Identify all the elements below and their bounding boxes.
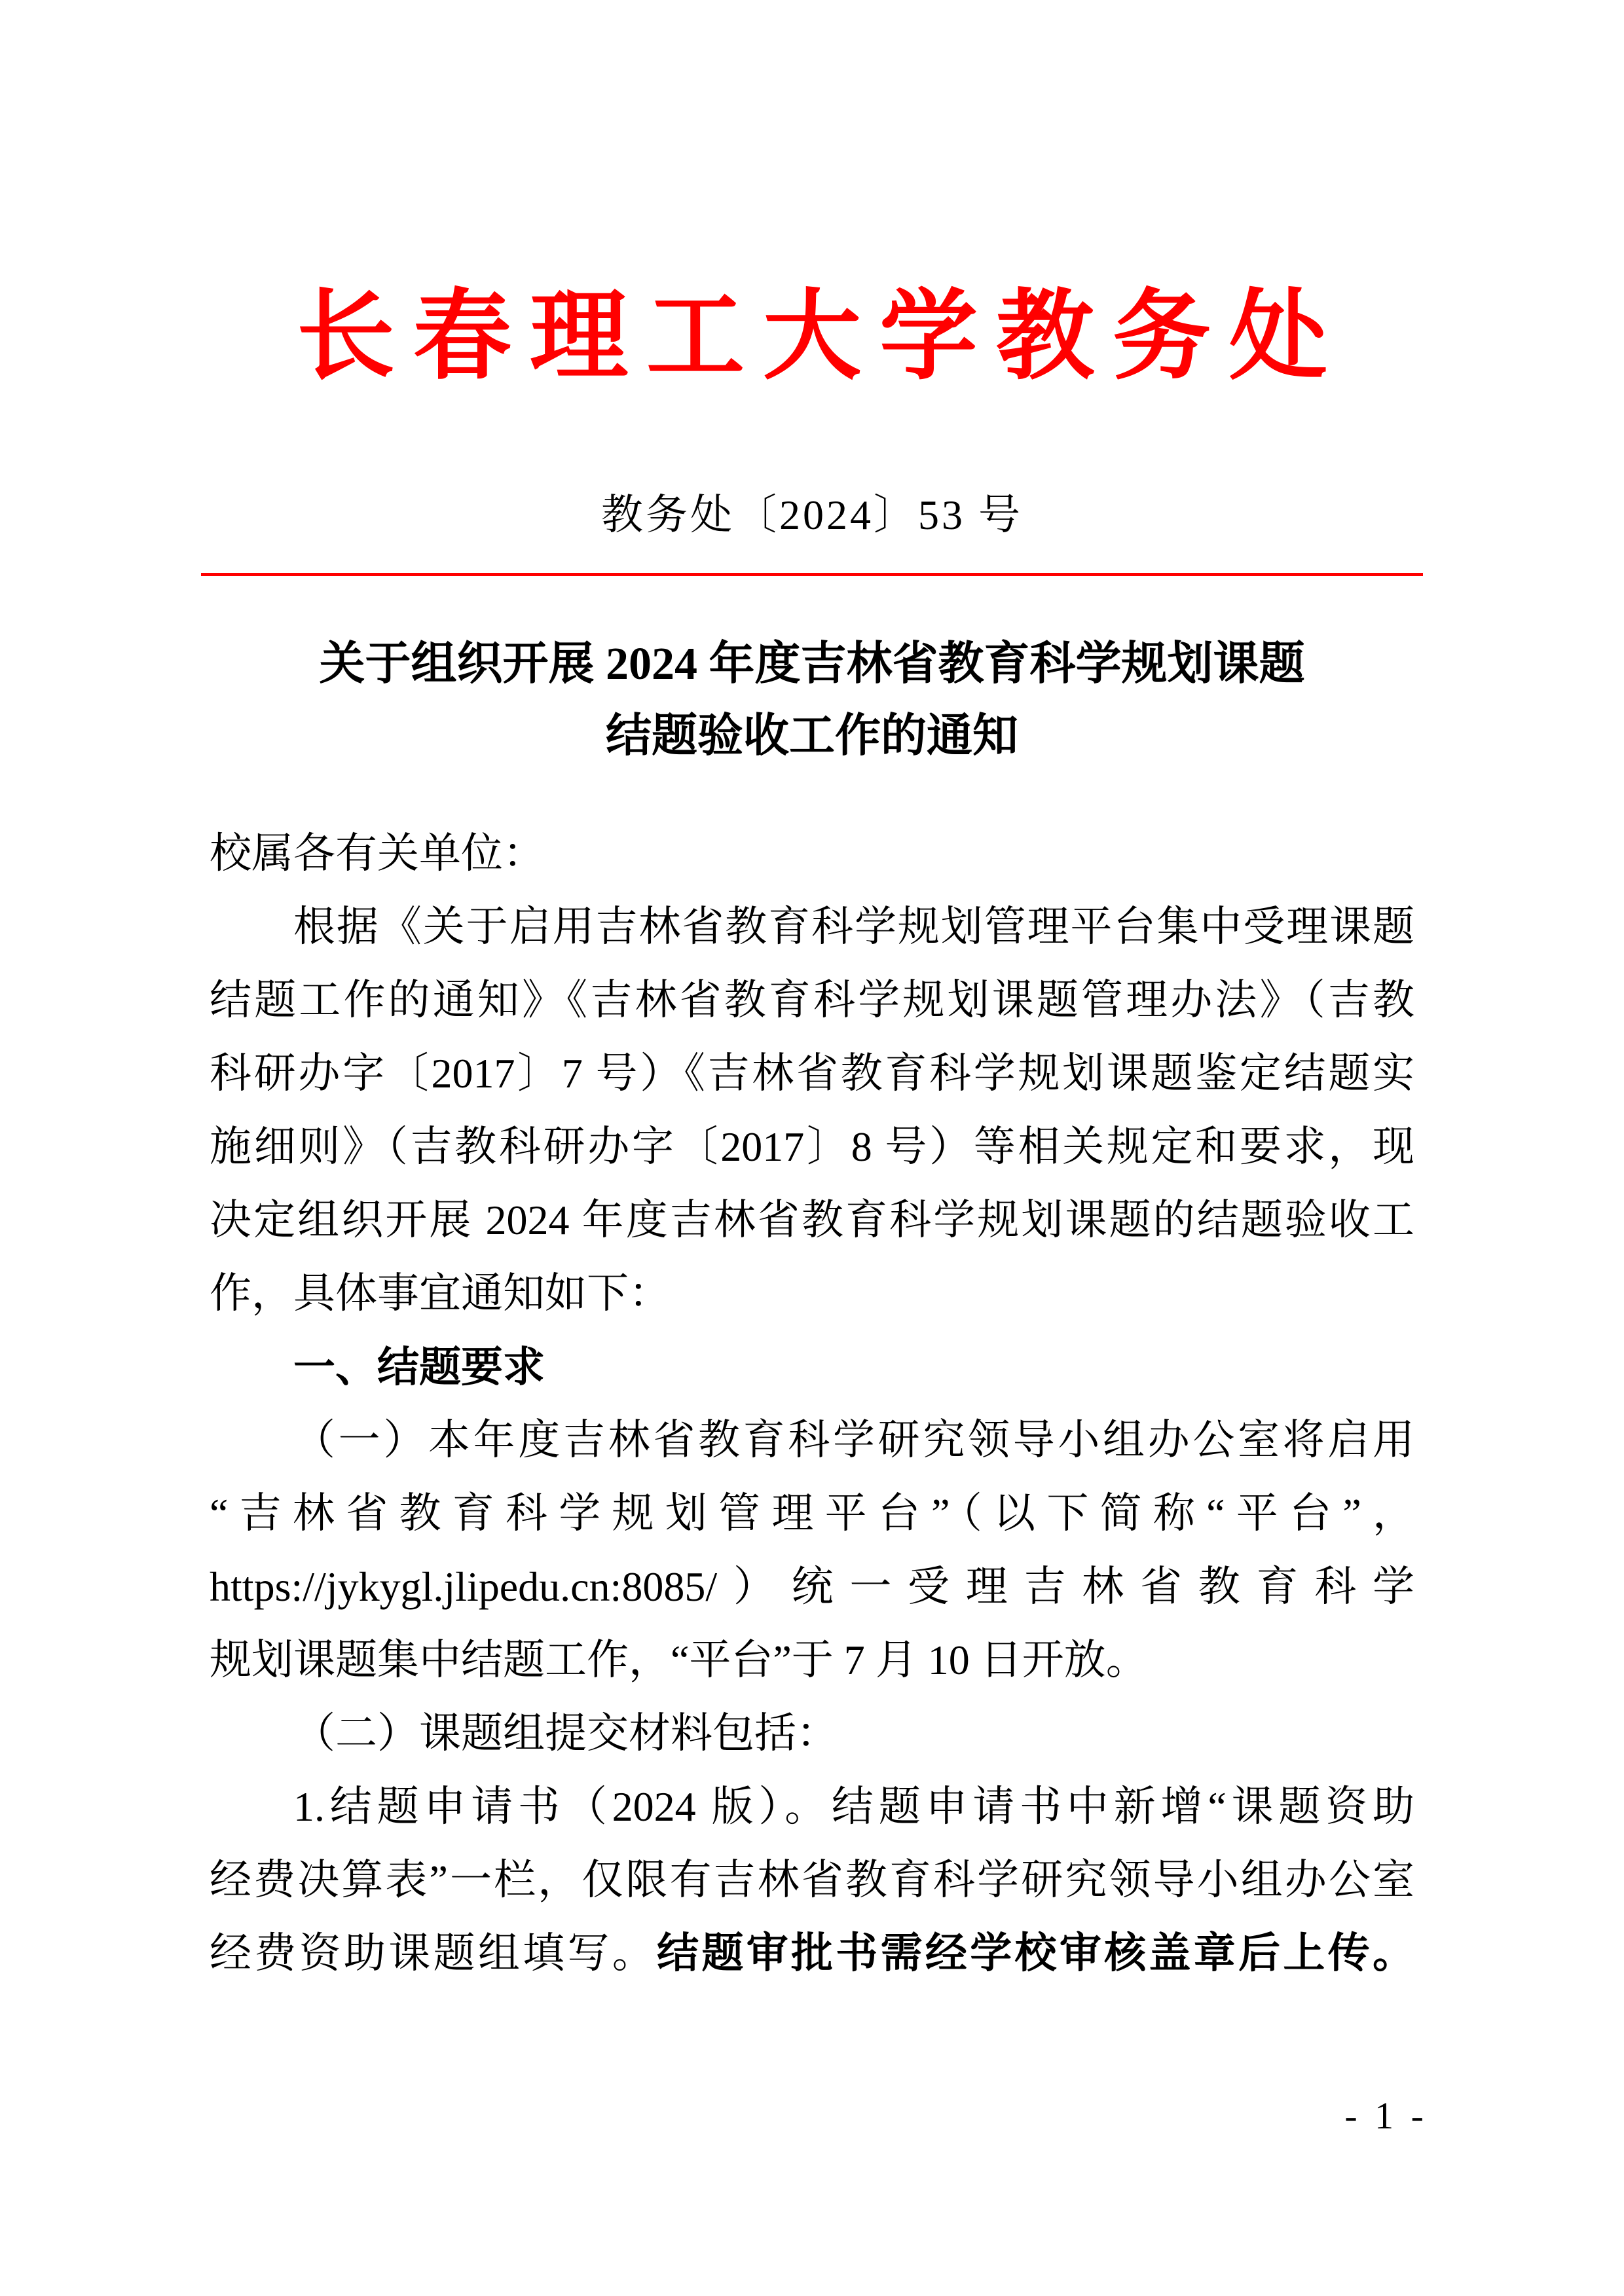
body-line: 施细则》（吉教科研办字〔2017〕8 号）等相关规定和要求，现 <box>210 1110 1414 1184</box>
body-line: 规划课题集中结题工作，“平台”于 7 月 10 日开放。 <box>210 1624 1414 1697</box>
doc-title-line2: 结题验收工作的通知 <box>0 701 1624 773</box>
body-line: 根据《关于启用吉林省教育科学规划管理平台集中受理课题 <box>210 890 1414 964</box>
body-line: “吉林省教育科学规划管理平台”（以下简称“平台”， <box>210 1477 1414 1550</box>
body-line-url: https://jykygl.jlipedu.cn:8085/）统一受理吉林省教… <box>210 1550 1414 1624</box>
doc-number: 教务处〔2024〕53 号 <box>0 493 1624 538</box>
body-line-bold-part: 结题审批书需经学校审核盖章后上传。 <box>657 1930 1414 1977</box>
body-line: 决定组织开展 2024 年度吉林省教育科学规划课题的结题验收工 <box>210 1184 1414 1257</box>
body-line: 经费资助课题组填写。结题审批书需经学校审核盖章后上传。 <box>210 1917 1414 1990</box>
doc-title-line1: 关于组织开展 2024 年度吉林省教育科学规划课题 <box>0 629 1624 701</box>
doc-title: 关于组织开展 2024 年度吉林省教育科学规划课题 结题验收工作的通知 <box>0 629 1624 773</box>
page-number: - 1 - <box>0 2095 1624 2137</box>
body-line: （二）课题组提交材料包括： <box>210 1697 1414 1770</box>
body-line: （一）本年度吉林省教育科学研究领导小组办公室将启用 <box>210 1404 1414 1477</box>
document-page: 长春理工大学教务处 教务处〔2024〕53 号 关于组织开展 2024 年度吉林… <box>0 0 1624 2296</box>
section-heading: 一、结题要求 <box>210 1330 1414 1404</box>
doc-body: 校属各有关单位： 根据《关于启用吉林省教育科学规划管理平台集中受理课题 结题工作… <box>210 817 1414 1990</box>
body-line: 结题工作的通知》《吉林省教育科学规划课题管理办法》（吉教 <box>210 964 1414 1037</box>
body-line: 科研办字〔2017〕7 号）《吉林省教育科学规划课题鉴定结题实 <box>210 1037 1414 1110</box>
body-line: 经费决算表”一栏，仅限有吉林省教育科学研究领导小组办公室 <box>210 1844 1414 1917</box>
salutation-line: 校属各有关单位： <box>210 817 1414 890</box>
red-divider <box>201 573 1423 576</box>
issuer-title: 长春理工大学教务处 <box>0 288 1624 386</box>
body-line: 作，具体事宜通知如下： <box>210 1257 1414 1330</box>
body-line: 1.结题申请书（2024 版）。结题申请书中新增“课题资助 <box>210 1770 1414 1844</box>
body-line-normal-part: 经费资助课题组填写。 <box>210 1930 657 1977</box>
